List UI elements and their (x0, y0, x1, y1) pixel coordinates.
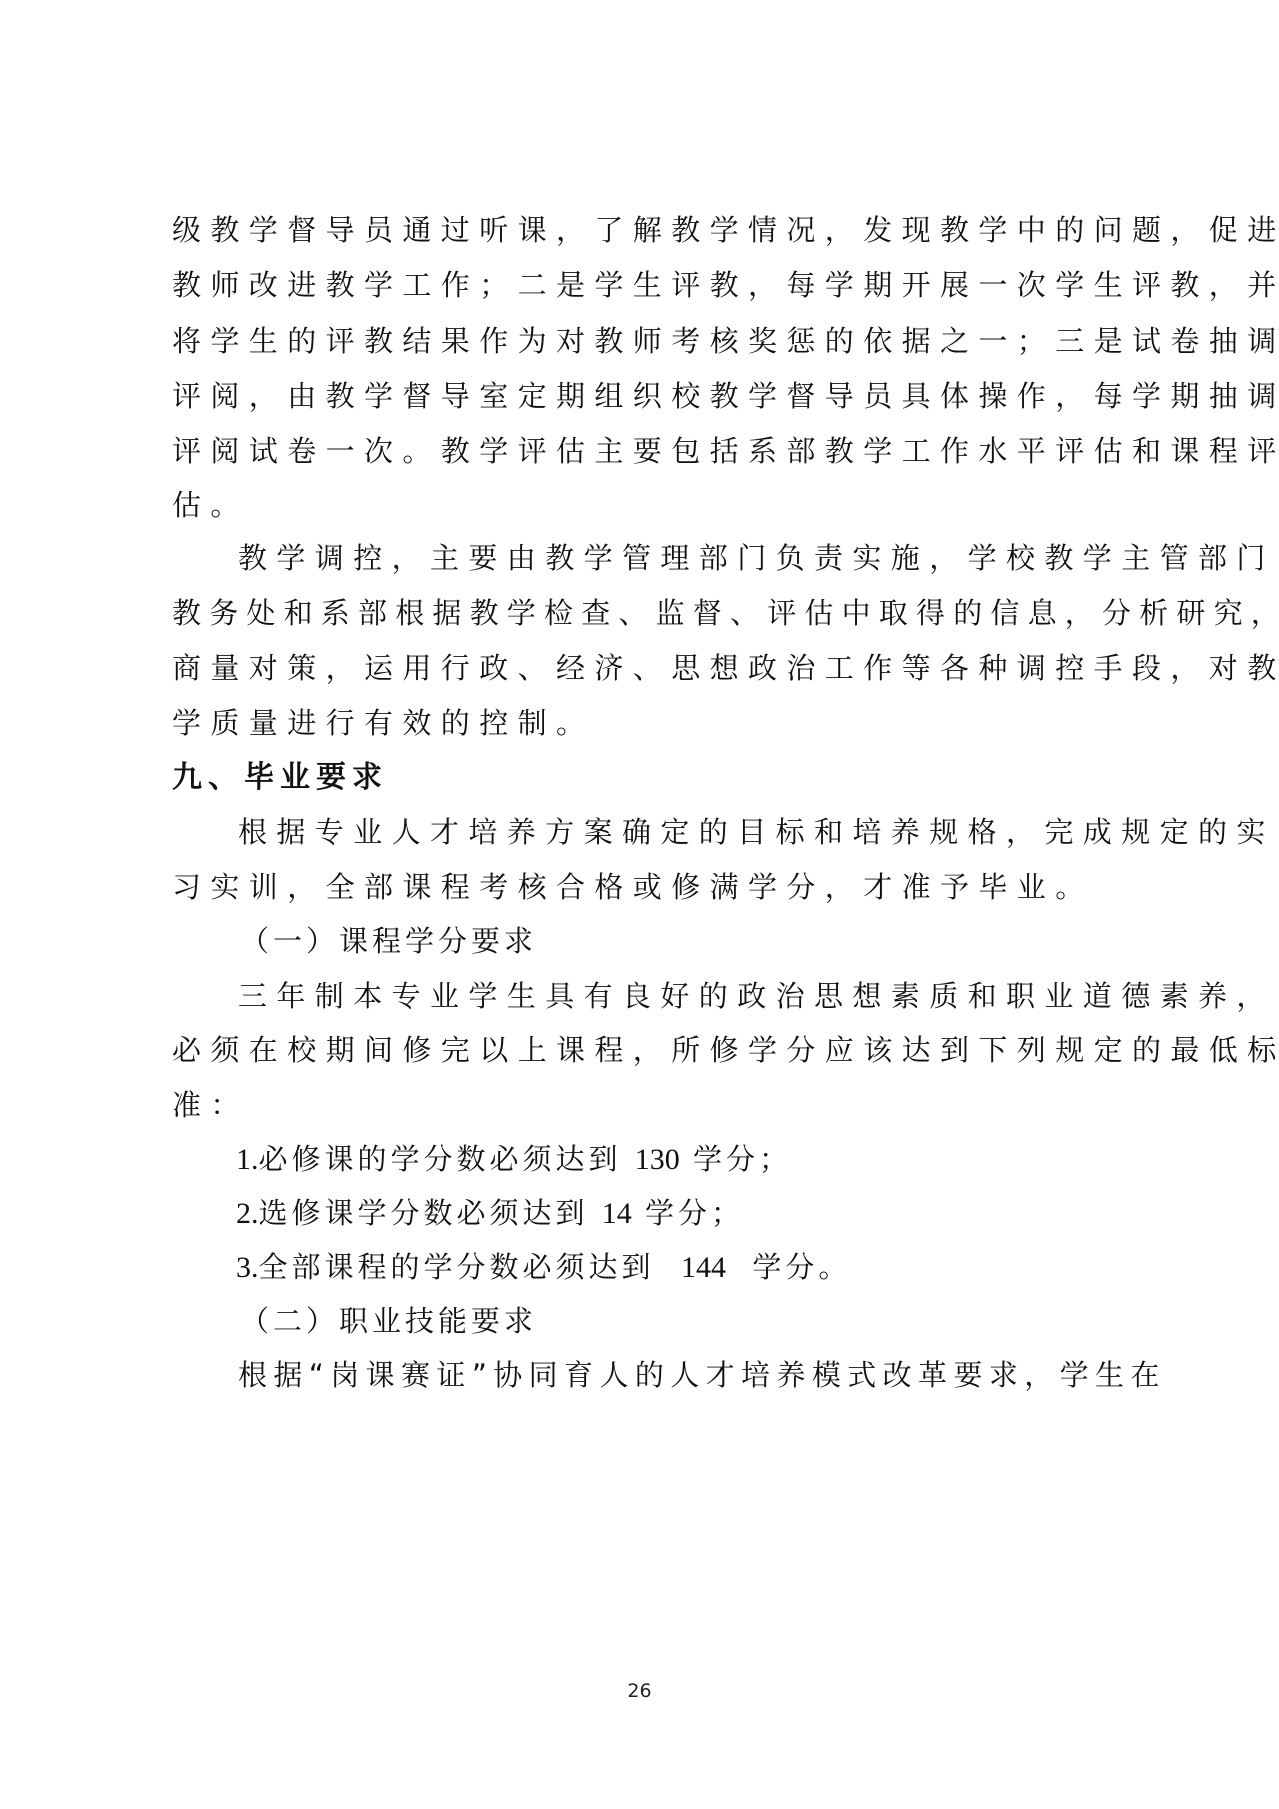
text-line: 根据专业人才培养方案确定的目标和培养规格，完成规定的实 (238, 812, 1275, 852)
text-line: 教务处和系部根据教学检查、监督、评估中取得的信息，分析研究， (172, 593, 1279, 633)
text-line: 商量对策，运用行政、经济、思想政治工作等各种调控手段，对教 (172, 648, 1279, 688)
item-text: 学分； (693, 1142, 792, 1176)
text-line: 准： (172, 1085, 249, 1125)
credit-value: 14 (602, 1197, 632, 1230)
credit-requirement-item: 1.必修课的学分数必须达到 130 学分； (236, 1139, 792, 1180)
text-line: 根据“岗课赛证”协同育人的人才培养模式改革要求，学生在 (238, 1355, 1166, 1395)
text-line: 将学生的评教结果作为对教师考核奖惩的依据之一；三是试卷抽调 (172, 321, 1279, 361)
item-prefix: 1. (236, 1143, 259, 1176)
text-line: 必须在校期间修完以上课程，所修学分应该达到下列规定的最低标 (172, 1030, 1279, 1070)
item-prefix: 3. (236, 1251, 259, 1284)
text-line: 教学调控，主要由教学管理部门负责实施，学校教学主管部门 (238, 538, 1275, 578)
document-page: 级教学督导员通过听课，了解教学情况，发现教学中的问题，促进 教师改进教学工作；二… (0, 0, 1279, 1809)
item-text: 学分。 (752, 1250, 851, 1284)
credit-requirement-item: 2.选修课学分数必须达到 14 学分； (236, 1193, 744, 1234)
section-heading: 九、毕业要求 (172, 758, 388, 798)
text-line: 学质量进行有效的控制。 (172, 703, 594, 743)
text-line: 教师改进教学工作；二是学生评教，每学期开展一次学生评教，并 (172, 265, 1279, 305)
credit-requirement-item: 3.全部课程的学分数必须达到 144 学分。 (236, 1247, 851, 1288)
text-line: 级教学督导员通过听课，了解教学情况，发现教学中的问题，促进 (172, 210, 1279, 250)
text-line: 三年制本专业学生具有良好的政治思想素质和职业道德素养， (238, 976, 1275, 1016)
item-text: 学分； (645, 1196, 744, 1230)
credit-value: 144 (681, 1251, 726, 1284)
text-line: 评阅，由教学督导室定期组织校教学督导员具体操作，每学期抽调 (172, 376, 1279, 416)
item-text: 必修课的学分数必须达到 (259, 1142, 622, 1176)
page-number: 26 (0, 1680, 1279, 1702)
item-text: 选修课学分数必须达到 (259, 1196, 589, 1230)
text-line: 习实训，全部课程考核合格或修满学分，才准予毕业。 (172, 867, 1094, 907)
text-line: 评阅试卷一次。教学评估主要包括系部教学工作水平评估和课程评 (172, 431, 1279, 471)
item-prefix: 2. (236, 1197, 259, 1230)
text-line: 估。 (172, 485, 249, 525)
subsection-title: （一）课程学分要求 (240, 921, 537, 961)
subsection-title: （二）职业技能要求 (240, 1301, 537, 1341)
credit-value: 130 (635, 1143, 680, 1176)
item-text: 全部课程的学分数必须达到 (259, 1250, 655, 1284)
